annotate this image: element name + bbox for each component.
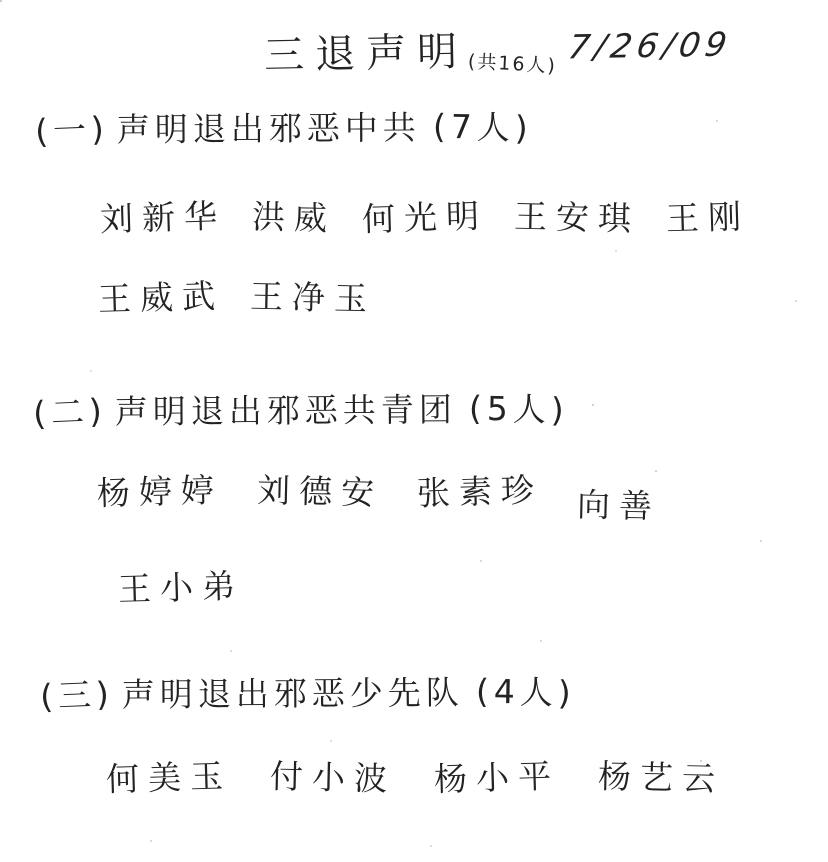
document-title: 三退声明 [263,20,468,81]
signature-name: 杨婷婷 [96,464,224,529]
signature-name: 杨小平 [433,750,560,801]
section-3-heading: 声明退出邪恶少先队 [122,673,464,714]
signature-name: 刘德安 [256,465,383,529]
section-1-label: (一) [34,103,110,153]
section-1-names-row-1: 刘新华 洪威 何光明 王安琪 王刚 [100,192,776,239]
signature-name: 何美玉 [105,750,232,801]
signature-name: 王小弟 [117,560,244,611]
signature-name: 何光明 [361,190,488,241]
section-3-label: (三) [39,668,115,718]
section-3-header: (三)声明退出邪恶少先队(4人) [40,666,576,717]
title-line: 三退声明 (共16人) 7/26/09 [264,22,731,79]
section-2-heading: 声明退出邪恶共青团 [115,390,457,431]
section-2-label: (二) [32,385,108,435]
signature-name: 刘新华 [99,190,226,241]
signature-name: 王净玉 [249,271,376,321]
people-count-note: (共16人) [467,47,557,79]
signature-name: 向善 [576,479,661,528]
section-1-header: (一)声明退出邪恶中共(7人) [35,101,533,151]
section-3-count: (4人) [475,666,576,715]
signature-name: 张素珍 [416,464,544,529]
scanned-document-page: 三退声明 (共16人) 7/26/09 (一)声明退出邪恶中共(7人) 刘新华 … [0,0,828,862]
signature-name: 付小波 [269,751,396,801]
section-3-names-row-1: 何美玉 付小波 杨小平 杨艺云 [106,752,762,799]
section-2-names-row-2: 王小弟 [118,562,270,609]
section-1-names-row-2: 王威武 王净玉 [98,272,402,319]
section-1-heading: 声明退出邪恶中共 [117,108,421,149]
signature-name: 王威武 [97,270,224,321]
document-date: 7/26/09 [566,25,735,67]
signature-name: 王刚 [665,191,750,240]
signature-name: 杨艺云 [597,751,724,801]
section-1-count: (7人) [432,101,533,150]
section-2-names-row-1: 杨婷婷 刘德安 张素珍 向善 [97,466,695,527]
signature-name: 洪威 [251,191,336,240]
section-2-count: (5人) [468,383,569,432]
signature-name: 王安琪 [513,191,640,241]
scan-noise-specks [0,0,2,2]
section-2-header: (二)声明退出邪恶共青团(5人) [33,383,569,434]
